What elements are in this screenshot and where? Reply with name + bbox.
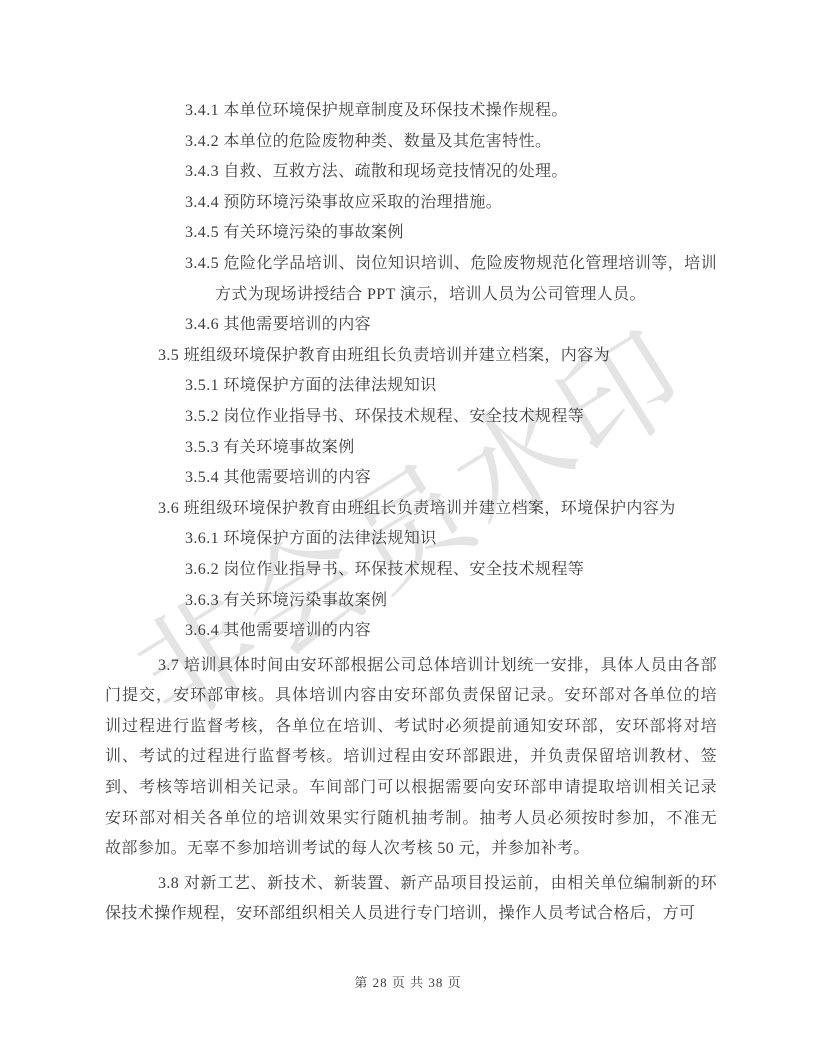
doc-line: 3.4.1 本单位环境保护规章制度及环保技术操作规程。 xyxy=(185,96,717,127)
doc-line: 3.6.1 环境保护方面的法律法规知识 xyxy=(185,524,717,555)
doc-line: 保技术操作规程，安环部组织相关人员进行专门培训，操作人员考试合格后，方可 xyxy=(105,899,717,930)
doc-line: 3.5.2 岗位作业指导书、环保技术规程、安全技术规程等 xyxy=(185,402,717,433)
doc-line: 3.5.1 环境保护方面的法律法规知识 xyxy=(185,371,717,402)
doc-line: 3.6.3 有关环境污染事故案例 xyxy=(185,586,717,617)
document-body: 3.4.1 本单位环境保护规章制度及环保技术操作规程。3.4.2 本单位的危险废… xyxy=(105,96,717,930)
doc-line: 门提交，安环部审核。具体培训内容由安环部负责保留记录。安环部对各单位的培 xyxy=(105,681,717,712)
document-page: 非会员水印 3.4.1 本单位环境保护规章制度及环保技术操作规程。3.4.2 本… xyxy=(0,0,816,1056)
page-number: 第 28 页 共 38 页 xyxy=(354,975,461,990)
doc-line: 3.6.2 岗位作业指导书、环保技术规程、安全技术规程等 xyxy=(185,555,717,586)
doc-line: 方式为现场讲授结合 PPT 演示，培训人员为公司管理人员。 xyxy=(215,280,717,311)
doc-line: 安环部对相关各单位的培训效果实行随机抽考制。抽考人员必须按时参加，不准无 xyxy=(105,804,717,835)
doc-line: 训过程进行监督考核，各单位在培训、考试时必须提前通知安环部，安环部将对培 xyxy=(105,712,717,743)
doc-line: 3.4.6 其他需要培训的内容 xyxy=(185,310,717,341)
doc-line: 3.6.4 其他需要培训的内容 xyxy=(185,616,717,647)
doc-line: 训、考试的过程进行监督考核。培训过程由安环部跟进，并负责保留培训教材、签 xyxy=(105,742,717,773)
doc-line: 3.5 班组级环境保护教育由班组长负责培训并建立档案，内容为 xyxy=(158,341,717,372)
doc-line: 3.8 对新工艺、新技术、新装置、新产品项目投运前，由相关单位编制新的环 xyxy=(105,869,717,900)
doc-line: 到、考核等培训相关记录。车间部门可以根据需要向安环部申请提取培训相关记录 xyxy=(105,773,717,804)
doc-line: 3.5.3 有关环境事故案例 xyxy=(185,433,717,464)
doc-line: 3.4.4 预防环境污染事故应采取的治理措施。 xyxy=(185,188,717,219)
doc-line: 3.7 培训具体时间由安环部根据公司总体培训计划统一安排，具体人员由各部 xyxy=(105,651,717,682)
doc-line: 故部参加。无辜不参加培训考试的每人次考核 50 元，并参加补考。 xyxy=(105,834,717,865)
page-footer: 第 28 页 共 38 页 xyxy=(0,972,816,991)
doc-line: 3.6 班组级环境保护教育由班组长负责培训并建立档案，环境保护内容为 xyxy=(158,494,717,525)
doc-line: 3.5.4 其他需要培训的内容 xyxy=(185,463,717,494)
doc-line: 3.4.2 本单位的危险废物种类、数量及其危害特性。 xyxy=(185,127,717,158)
doc-line: 3.4.5 有关环境污染的事故案例 xyxy=(185,218,717,249)
doc-line: 3.4.5 危险化学品培训、岗位知识培训、危险废物规范化管理培训等，培训 xyxy=(185,249,717,280)
doc-line: 3.4.3 自救、互救方法、疏散和现场竞技情况的处理。 xyxy=(185,157,717,188)
